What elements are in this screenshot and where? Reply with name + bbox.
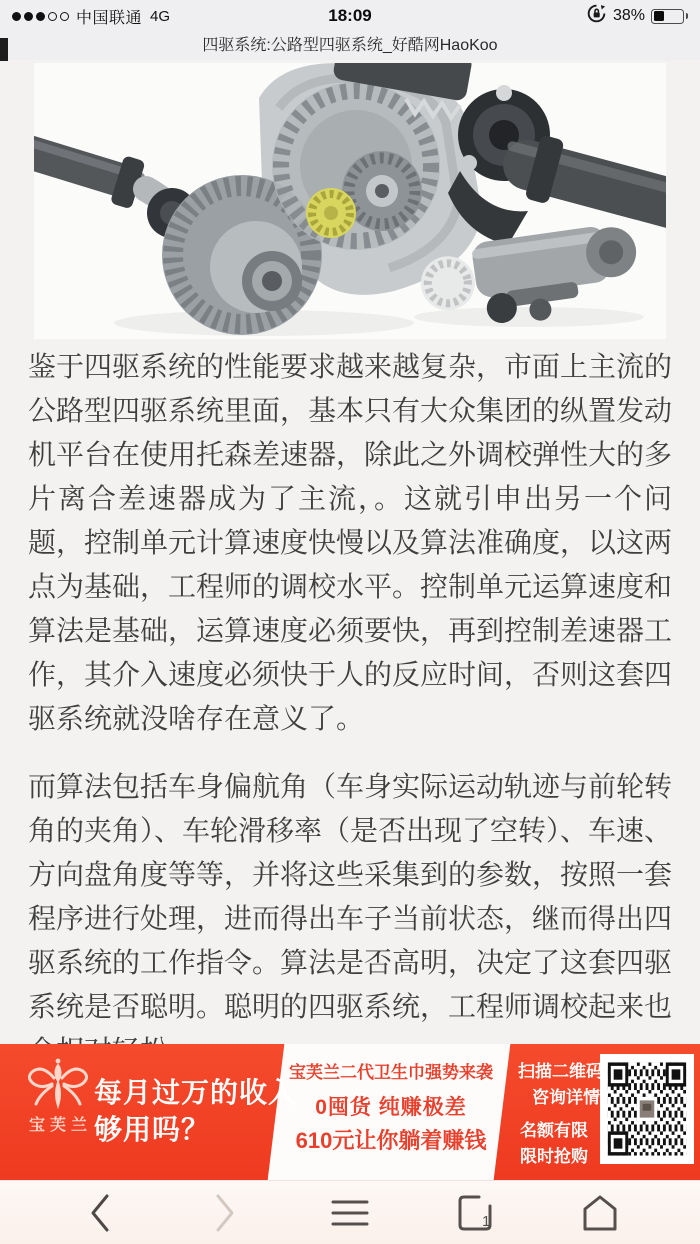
nav-bar: 1 [0, 1180, 700, 1244]
header: 中国联通 4G 18:09 38% [0, 0, 700, 60]
article-body: 鉴于四驱系统的性能要求越来越复杂，市面上主流的公路型四驱系统里面，基本只有大众集… [28, 345, 672, 1097]
ad-headline: 每月过万的收入 够用吗？ [94, 1074, 297, 1148]
article-hero-image [34, 63, 666, 339]
ad-qr-caption-line2: 咨询详情 [518, 1085, 603, 1111]
carrier-label: 中国联通 [76, 5, 142, 28]
ad-headline-line1: 每月过万的收入 [94, 1074, 297, 1111]
article-paragraph-2: 而算法包括车身偏航角（车身实际运动轨迹与前轮转角的夹角）、车轮滑移率（是否出现了… [28, 765, 672, 1073]
ad-qr-caption-line3: 名额有限 [520, 1118, 603, 1144]
ad-promo-line1: 宝芙兰二代卫生巾强势来袭 [284, 1058, 498, 1083]
phone-screen: 中国联通 4G 18:09 38% [0, 0, 700, 1244]
forward-button[interactable] [187, 1187, 263, 1239]
qr-code-image [600, 1054, 694, 1164]
brand-ornament-icon [24, 1056, 92, 1110]
ad-qr-captions: 扫描二维码 咨询详情 名额有限 限时抢购 [518, 1059, 603, 1170]
menu-button[interactable] [312, 1187, 388, 1239]
orientation-lock-icon [586, 3, 607, 29]
chevron-left-icon [88, 1192, 112, 1234]
signal-strength-icon [12, 12, 69, 21]
home-icon [580, 1193, 620, 1233]
ad-headline-line2: 够用吗？ [94, 1111, 297, 1148]
ad-promo-text: 宝芙兰二代卫生巾强势来袭 0囤货 纯赚极差 610元让你躺着赚钱 [284, 1058, 498, 1155]
page-title: 四驱系统:公路型四驱系统_好酷网HaoKoo [202, 32, 497, 55]
ad-qr-caption-line1: 扫描二维码 [518, 1059, 603, 1085]
tab-count-label: 1 [482, 1213, 490, 1230]
screen-artifact [0, 38, 8, 61]
tabs-icon: 1 [455, 1193, 495, 1233]
chevron-right-icon [213, 1192, 237, 1234]
hamburger-menu-icon [331, 1197, 369, 1229]
tabs-button[interactable]: 1 [437, 1187, 513, 1239]
ad-qr-caption-line4: 限时抢购 [520, 1144, 603, 1170]
back-button[interactable] [62, 1187, 138, 1239]
article-paragraph-1: 鉴于四驱系统的性能要求越来越复杂，市面上主流的公路型四驱系统里面，基本只有大众集… [28, 345, 672, 741]
battery-icon [651, 9, 688, 24]
status-bar: 中国联通 4G 18:09 38% [0, 0, 700, 32]
ad-brand-name: 宝芙兰 [20, 1112, 96, 1135]
ad-promo-line3: 610元让你躺着赚钱 [284, 1124, 498, 1155]
ad-banner[interactable]: 宝芙兰 每月过万的收入 够用吗？ 宝芙兰二代卫生巾强势来袭 0囤货 纯赚极差 6… [0, 1044, 700, 1180]
home-button[interactable] [562, 1187, 638, 1239]
ad-promo-line2: 0囤货 纯赚极差 [284, 1091, 498, 1121]
battery-percent-label: 38% [613, 7, 645, 25]
ad-brand-logo: 宝芙兰 [20, 1056, 96, 1135]
battery-fill [654, 11, 665, 21]
network-type-label: 4G [150, 8, 170, 25]
page-title-bar[interactable]: 四驱系统:公路型四驱系统_好酷网HaoKoo [0, 32, 700, 60]
transfer-case-illustration [34, 63, 666, 339]
